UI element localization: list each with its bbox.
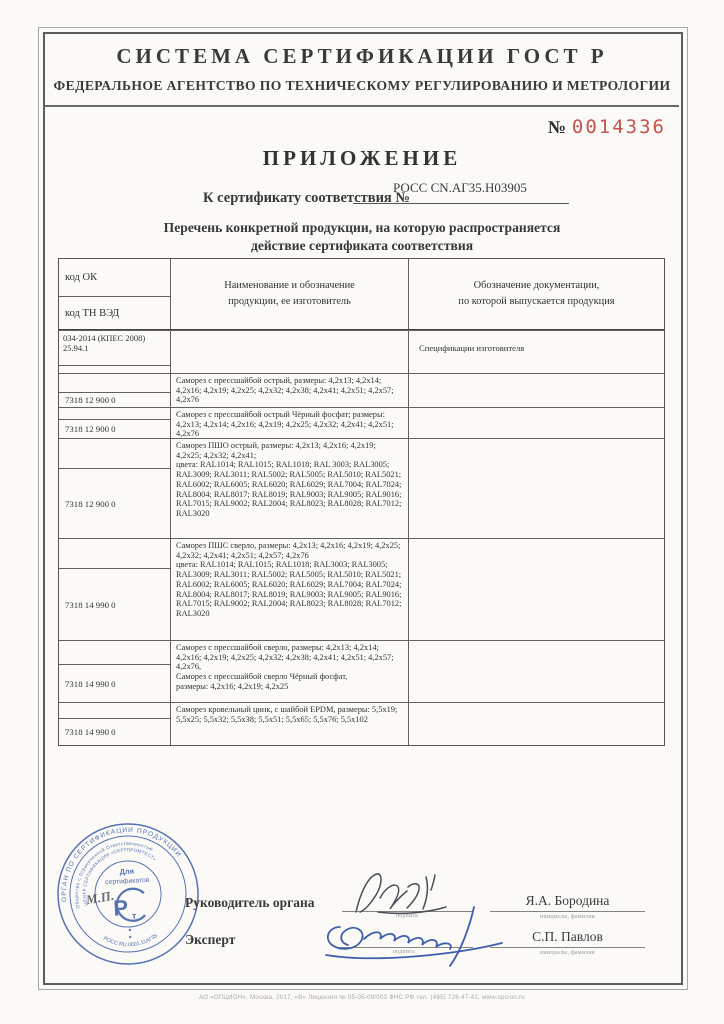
documentation-cell: Спецификации изготовителя — [409, 331, 664, 373]
tnved-code-cell: 7318 12 900 0 — [59, 420, 170, 438]
expert-name: С.П. Павлов — [490, 929, 645, 945]
certificate-number-underline — [353, 203, 569, 204]
certificate-reference: К сертификату соответствия № РОСС CN.АГ3… — [45, 180, 679, 210]
ok-code-cell — [59, 641, 170, 665]
expert-handwritten-signature — [322, 903, 508, 967]
documentation-header: Обозначение документации, по которой вып… — [409, 259, 664, 329]
ok-code-cell — [59, 408, 170, 420]
tnved-code-cell: 7318 14 990 0 — [59, 569, 170, 640]
annex-title: ПРИЛОЖЕНИЕ — [45, 146, 679, 171]
tnved-code-header: код ТН ВЭД — [59, 297, 170, 329]
table-row: 7318 14 990 0 Саморез с прессшайбой свер… — [59, 640, 664, 702]
products-table: код ОК код ТН ВЭД Наименование и обознач… — [58, 258, 665, 746]
svg-text:Р: Р — [113, 895, 129, 921]
ok-code-cell — [59, 539, 170, 569]
documentation-cell — [409, 703, 664, 745]
documentation-cell — [409, 539, 664, 640]
table-row: 7318 12 900 0 Саморез с прессшайбой остр… — [59, 407, 664, 438]
expert-name-line — [490, 947, 645, 948]
codes-header-cell: код ОК код ТН ВЭД — [59, 259, 171, 329]
certification-system-title: СИСТЕМА СЕРТИФИКАЦИИ ГОСТ Р — [45, 44, 679, 69]
rst-conformity-mark-icon: Р т — [112, 888, 145, 922]
ok-code-cell — [59, 703, 170, 719]
table-row: 7318 12 900 0 Саморез ПШО острый, размер… — [59, 438, 664, 538]
head-role-label: Руководитель органа — [185, 895, 315, 911]
table-row: 034-2014 (КПЕС 2008) 25.94.1 Спецификаци… — [59, 330, 664, 373]
initials-caption: инициалы, фамилия — [490, 914, 645, 920]
head-name: Я.А. Бородина — [490, 893, 645, 909]
product-cell: Саморез с прессшайбой острый, размеры: 4… — [171, 374, 409, 407]
table-row: 7318 12 900 0 Саморез с прессшайбой остр… — [59, 373, 664, 407]
product-name-header: Наименование и обозначение продукции, ее… — [171, 259, 409, 329]
certificate-number: РОСС CN.АГ35.Н03905 — [355, 180, 565, 196]
product-cell: Саморез ПШО острый, размеры: 4,2х13; 4,2… — [171, 439, 409, 538]
stamp-center-line1: Для — [119, 867, 134, 877]
tnved-code-cell: 7318 14 990 0 — [59, 665, 170, 702]
tnved-code-cell: 7318 14 990 0 — [59, 719, 170, 745]
documentation-cell — [409, 408, 664, 438]
number-sign: № — [548, 117, 566, 137]
stamp-center-line2: сертификатов — [105, 877, 150, 886]
print-house-imprint: АО «ОПЦИОН», Москва, 2017, «В» Лицензия … — [0, 995, 724, 1001]
ok-code-cell — [59, 439, 170, 469]
ok-code-header: код ОК — [59, 259, 170, 297]
svg-text:т: т — [132, 911, 138, 921]
certificate-annex-page: СИСТЕМА СЕРТИФИКАЦИИ ГОСТ Р ФЕДЕРАЛЬНОЕ … — [0, 0, 724, 1024]
product-cell: Саморез кровельный цинк, с шайбой EPDM, … — [171, 703, 409, 745]
documentation-cell — [409, 374, 664, 407]
product-cell: Саморез с прессшайбой острый Чёрный фосф… — [171, 408, 409, 438]
product-cell: Саморез ПШС сверло, размеры: 4,2х13; 4,2… — [171, 539, 409, 640]
stamp-stars — [129, 929, 132, 939]
expert-role-label: Эксперт — [185, 932, 235, 948]
product-cell: Саморез с прессшайбой сверло, размеры: 4… — [171, 641, 409, 702]
head-name-line — [490, 911, 645, 912]
description-line-1: Перечень конкретной продукции, на котору… — [45, 220, 679, 236]
table-header-row: код ОК код ТН ВЭД Наименование и обознач… — [59, 259, 664, 330]
federal-agency-title: ФЕДЕРАЛЬНОЕ АГЕНТСТВО ПО ТЕХНИЧЕСКОМУ РЕ… — [45, 78, 679, 94]
tnved-code-cell — [59, 366, 170, 373]
product-cell — [171, 331, 409, 373]
ok-code-cell: 034-2014 (КПЕС 2008) 25.94.1 — [59, 331, 170, 366]
tnved-code-cell: 7318 12 900 0 — [59, 393, 170, 407]
documentation-cell — [409, 641, 664, 702]
initials-caption: инициалы, фамилия — [490, 950, 645, 956]
tnved-code-cell: 7318 12 900 0 — [59, 469, 170, 538]
header-divider — [45, 105, 679, 107]
table-row: 7318 14 990 0 Саморез кровельный цинк, с… — [59, 702, 664, 745]
documentation-cell — [409, 439, 664, 538]
form-number-digits: 0014336 — [572, 116, 666, 138]
description-line-2: действие сертификата соответствия — [45, 238, 679, 254]
form-number: №0014336 — [548, 116, 666, 138]
certification-stamp: ОРГАН ПО СЕРТИФИКАЦИИ ПРОДУКЦИИ Общество… — [50, 816, 206, 972]
table-row: 7318 14 990 0 Саморез ПШС сверло, размер… — [59, 538, 664, 640]
ok-code-cell — [59, 374, 170, 393]
